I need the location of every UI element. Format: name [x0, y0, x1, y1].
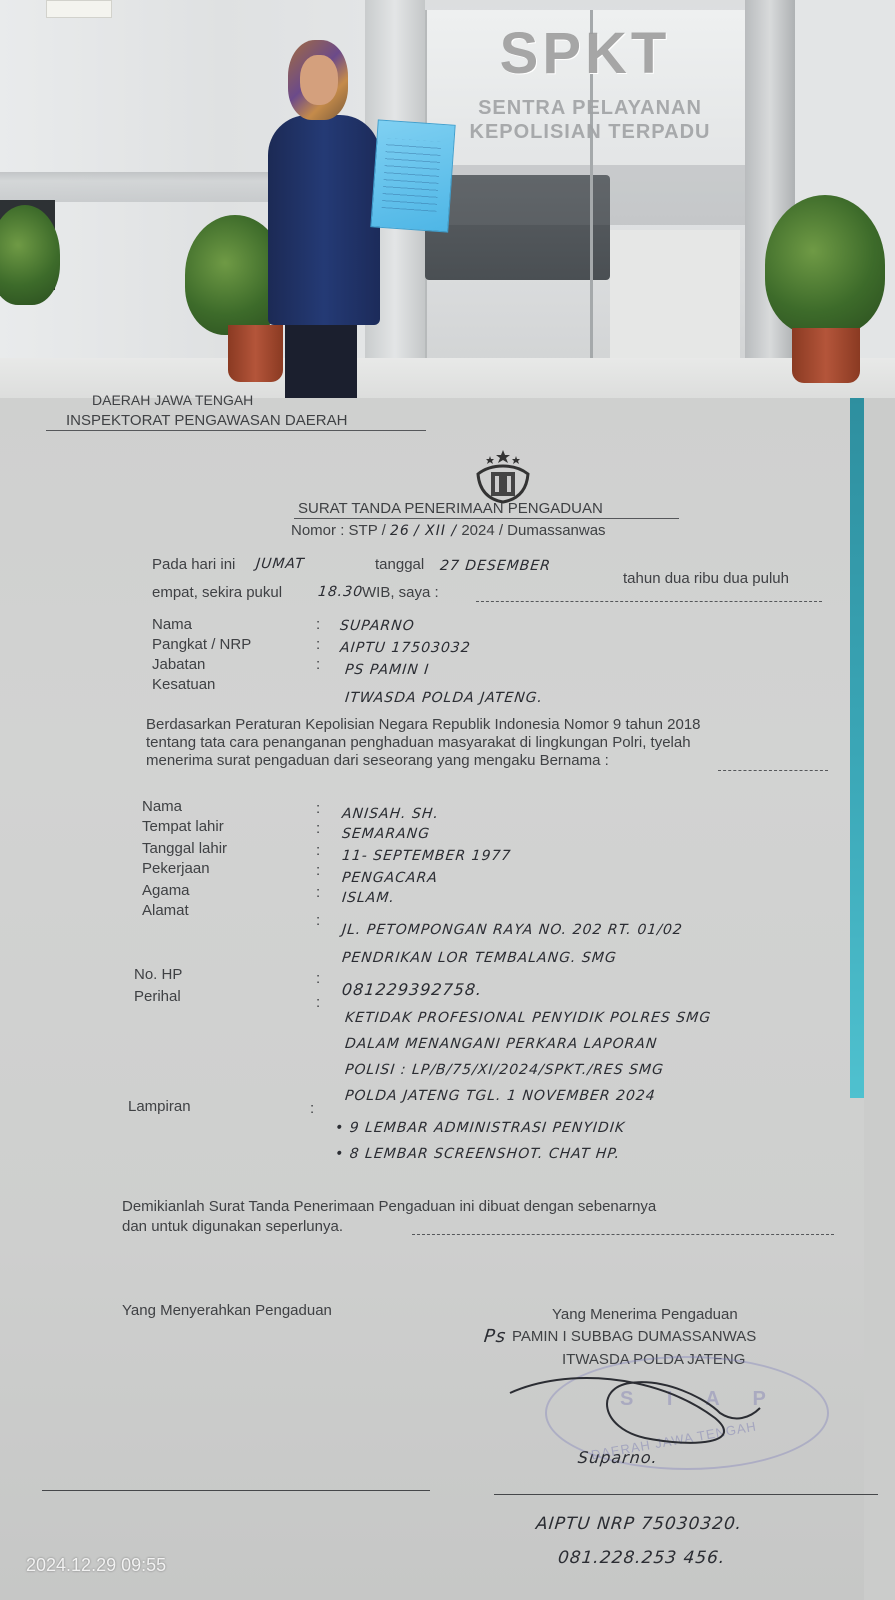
number-month: / XII /	[414, 523, 457, 539]
header-underline	[46, 430, 426, 431]
signer-name: Suparno.	[577, 1448, 659, 1467]
complainant-name-value: ANISAH. SH.	[341, 806, 440, 822]
birthplace-label: Tempat lahir	[142, 818, 224, 835]
occupation-value: PENGACARA	[341, 870, 439, 886]
blue-folder-edge	[850, 398, 864, 1098]
pot-right	[792, 328, 860, 383]
subject-value-4: POLDA JATENG TGL. 1 NOVEMBER 2024	[344, 1088, 656, 1104]
spkt-subtitle-line1: SENTRA PELAYANAN	[430, 96, 750, 120]
folder-text-lines	[382, 138, 442, 212]
intro-day-value: JUMAT	[255, 556, 305, 572]
basis-paragraph-2: tentang tata cara penanganan penghaduan …	[146, 734, 691, 751]
officer-rank-label: Pangkat / NRP	[152, 636, 251, 653]
number-prefix: STP /	[349, 522, 386, 539]
spkt-subtitle: SENTRA PELAYANAN KEPOLISIAN TERPADU	[430, 96, 750, 144]
background-strip	[864, 398, 895, 1600]
basis-paragraph-1: Berdasarkan Peraturan Kepolisian Negara …	[146, 716, 701, 733]
signature-scribble	[505, 1338, 775, 1458]
address-value-1: JL. PETOMPONGAN RAYA NO. 202 RT. 01/02	[341, 922, 683, 938]
attachment-value-2: • 8 LEMBAR SCREENSHOT. CHAT HP.	[334, 1146, 621, 1162]
spkt-subtitle-line2: KEPOLISIAN TERPADU	[430, 120, 750, 144]
dotted-line	[412, 1234, 834, 1235]
posted-notice	[46, 0, 112, 18]
intro-wib: WIB, saya :	[362, 584, 439, 601]
officer-name-value: SUPARNO	[339, 618, 415, 634]
police-emblem-icon	[458, 448, 548, 504]
phone-label: No. HP	[134, 966, 182, 983]
officer-position-label: Jabatan	[152, 656, 205, 673]
receiver-signature-line	[494, 1494, 878, 1495]
interior-floor	[610, 230, 740, 360]
dotted-line	[476, 601, 822, 602]
signer-phone: 081.228.253 456.	[557, 1548, 727, 1568]
person-face	[300, 55, 338, 105]
officer-unit-value: ITWASDA POLDA JATENG.	[344, 690, 544, 706]
intro-time-value: 18.30	[317, 584, 364, 600]
submitter-label: Yang Menyerahkan Pengaduan	[122, 1302, 332, 1319]
intro-year-text: tahun dua ribu dua puluh	[623, 570, 789, 587]
receiver-label: Yang Menerima Pengaduan	[552, 1306, 738, 1323]
officer-position-value: PS PAMIN I	[344, 662, 430, 678]
officer-rank-value: AIPTU 17503032	[339, 640, 471, 656]
birthplace-value: SEMARANG	[341, 826, 431, 842]
person-body	[268, 115, 380, 325]
attachment-value-1: • 9 LEMBAR ADMINISTRASI PENYIDIK	[334, 1120, 626, 1136]
officer-unit-label: Kesatuan	[152, 676, 215, 693]
person-legs	[285, 320, 357, 400]
receiver-prefix-handwritten: Ps	[483, 1326, 507, 1347]
document-number: Nomor : STP / 26 / XII / 2024 / Dumassan…	[291, 522, 606, 539]
signer-rank-nrp: AIPTU NRP 75030320.	[535, 1514, 743, 1534]
closing-line-1: Demikianlah Surat Tanda Penerimaan Penga…	[122, 1198, 656, 1215]
phone-value: 081229392758.	[341, 980, 483, 999]
address-value-2: PENDRIKAN LOR TEMBALANG. SMG	[341, 950, 617, 966]
number-suffix: 2024 / Dumassanwas	[461, 522, 605, 539]
title-underline	[294, 518, 679, 519]
address-label: Alamat	[142, 902, 189, 919]
office-photo: SPKT SENTRA PELAYANAN KEPOLISIAN TERPADU	[0, 0, 895, 400]
header-region: DAERAH JAWA TENGAH	[92, 392, 253, 408]
occupation-label: Pekerjaan	[142, 860, 210, 877]
spkt-sign: SPKT	[480, 20, 690, 87]
attachment-label: Lampiran	[128, 1098, 191, 1115]
closing-line-2: dan untuk digunakan seperlunya.	[122, 1218, 343, 1235]
pot-center	[228, 325, 283, 382]
subject-value-1: KETIDAK PROFESIONAL PENYIDIK POLRES SMG	[344, 1010, 712, 1026]
plant-right	[765, 195, 885, 335]
intro-date-label: tanggal	[375, 556, 424, 573]
birthdate-value: 11- SEPTEMBER 1977	[341, 848, 512, 864]
basis-paragraph-3: menerima surat pengaduan dari seseorang …	[146, 752, 609, 769]
dotted-line	[718, 770, 828, 771]
birthdate-label: Tanggal lahir	[142, 840, 227, 857]
document-title: SURAT TANDA PENERIMAAN PENGADUAN	[298, 500, 603, 517]
subject-value-2: DALAM MENANGANI PERKARA LAPORAN	[344, 1036, 658, 1052]
header-inspectorate: INSPEKTORAT PENGAWASAN DAERAH	[66, 412, 347, 429]
intro-time-label: empat, sekira pukul	[152, 584, 282, 601]
complaint-receipt-document: DAERAH JAWA TENGAH INSPEKTORAT PENGAWASA…	[0, 398, 895, 1600]
religion-label: Agama	[142, 882, 190, 899]
religion-value: ISLAM.	[341, 890, 396, 906]
officer-name-label: Nama	[152, 616, 192, 633]
intro-day-label: Pada hari ini	[152, 556, 235, 573]
complainant-name-label: Nama	[142, 798, 182, 815]
frosted-band	[425, 165, 745, 225]
submitter-signature-line	[42, 1490, 430, 1491]
subject-value-3: POLISI : LP/B/75/XI/2024/SPKT./RES SMG	[344, 1062, 665, 1078]
number-label: Nomor	[291, 522, 336, 539]
photo-timestamp: 2024.12.29 09:55	[26, 1555, 166, 1576]
intro-date-value: 27 DESEMBER	[439, 558, 552, 574]
number-handwritten: 26	[390, 523, 410, 539]
subject-label: Perihal	[134, 988, 181, 1005]
